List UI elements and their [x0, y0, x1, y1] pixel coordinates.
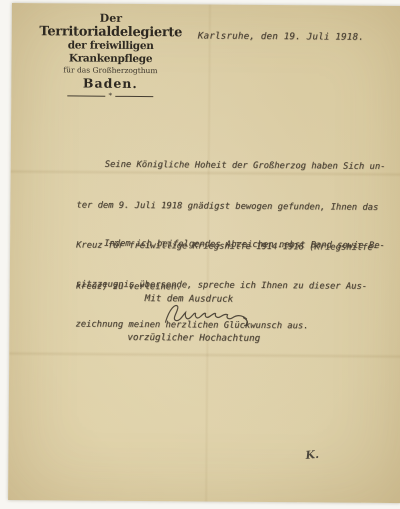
letterhead: Der Territorialdelegierte der freiwillig…	[29, 11, 192, 100]
dateline: Karlsruhe, den 19. Juli 1918.	[198, 30, 364, 42]
letterhead-line-5: Baden.	[29, 75, 191, 91]
letterhead-ornament-divider: *	[67, 92, 153, 100]
letterhead-line-3: der freiwilligen Krankenpflege	[30, 39, 192, 66]
paper-sheet: Der Territorialdelegierte der freiwillig…	[8, 3, 400, 503]
pencil-annotation: K.	[305, 448, 320, 462]
body-line: Seine Königliche Hoheit der Großherzog h…	[77, 155, 386, 178]
letterhead-line-1: Der	[30, 11, 192, 25]
handwritten-signature	[159, 298, 254, 331]
ornament-glyph: *	[105, 93, 115, 100]
closing-line-2: vorzüglicher Hochachtung	[127, 329, 260, 347]
body-line: Indem ich beifolgendes Abzeichen nebst B…	[76, 234, 385, 257]
letterhead-line-2: Territorialdelegierte	[30, 24, 192, 40]
scanned-letter-page: Der Territorialdelegierte der freiwillig…	[0, 0, 400, 509]
